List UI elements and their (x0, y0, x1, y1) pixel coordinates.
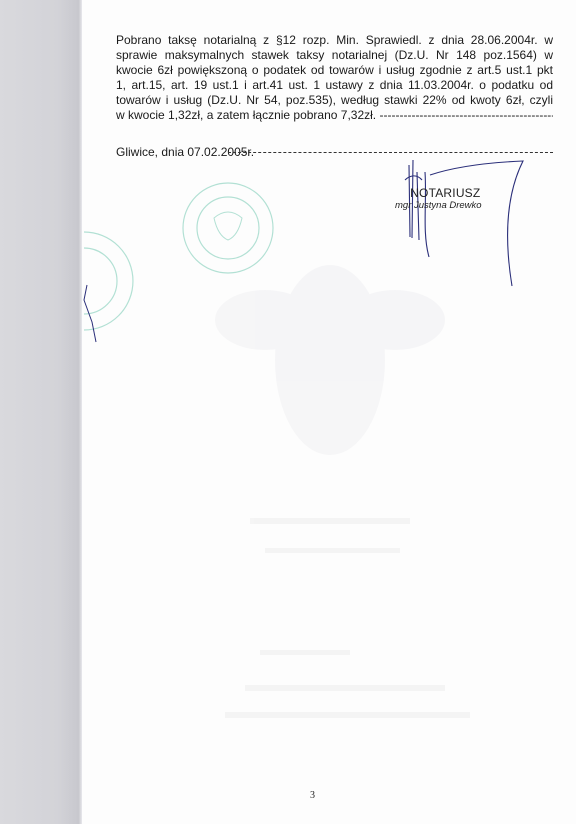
eagle-watermark-icon (215, 265, 445, 455)
paragraph-line: towarów i usług (Dz.U. Nr 54, poz.535), … (116, 93, 553, 108)
paragraph-line: Pobrano taksę notarialną z §12 rozp. Min… (116, 33, 553, 48)
fee-paragraph: Pobrano taksę notarialną z §12 rozp. Min… (116, 33, 553, 123)
notary-signature (405, 160, 523, 286)
page-number: 3 (310, 790, 315, 801)
paragraph-line: sprawie maksymalnych stawek taksy notari… (116, 48, 553, 63)
paragraph-line: w kwocie 1,32zł, a zatem łącznie pobrano… (116, 108, 553, 123)
paragraph-line: kwocie 6zł powiększoną o podatek od towa… (116, 63, 553, 78)
notary-title: NOTARIUSZ (395, 186, 482, 200)
date-dash-rule (228, 152, 553, 153)
notarial-seal-icon (183, 183, 273, 273)
paragraph-line: 1, art.15, art. 19 ust.1 i art.41 ust. 1… (116, 78, 553, 93)
notarial-seal-partial-icon (84, 232, 133, 330)
notary-signature-block: NOTARIUSZ mgr Justyna Drewko (395, 186, 482, 212)
notary-name: mgr Justyna Drewko (395, 200, 482, 212)
decorations-layer (0, 0, 576, 824)
